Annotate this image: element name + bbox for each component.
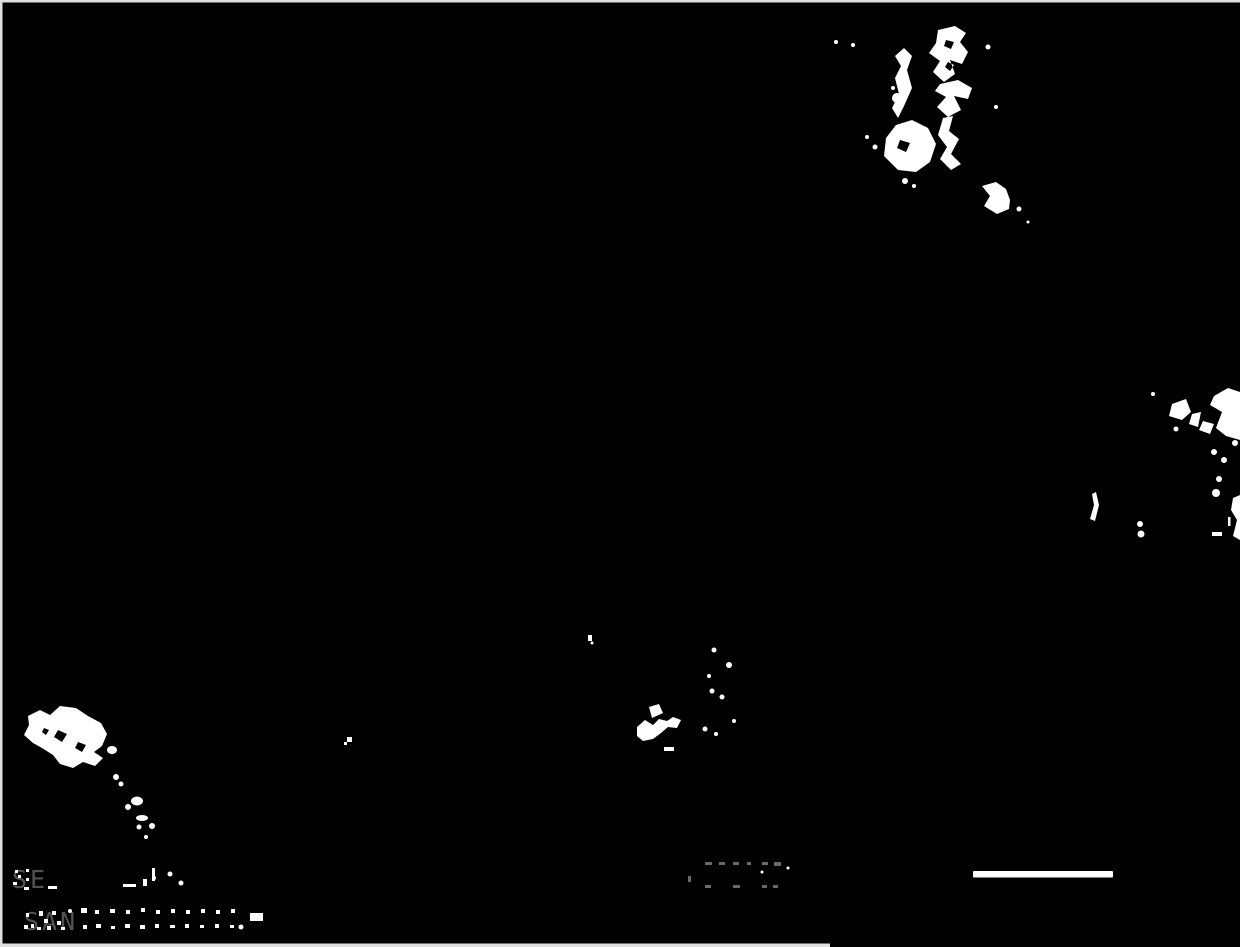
frame-top-edge: [0, 0, 1240, 3]
particle-speck: [347, 737, 352, 742]
particle-speck: [144, 835, 148, 839]
particle-speck: [1017, 207, 1022, 212]
particle-speck: [714, 732, 718, 736]
particle-speck: [1151, 392, 1155, 396]
particle-speck: [834, 40, 838, 44]
particle-speck: [344, 742, 347, 745]
scale-bar: [973, 871, 1113, 878]
particle-speck: [113, 774, 119, 780]
particle-speck: [994, 105, 998, 109]
particle-speck: [865, 135, 869, 139]
particle-speck: [1212, 489, 1220, 497]
particle-speck: [137, 825, 142, 830]
particle-speck: [149, 823, 155, 829]
frame-bottom-edge: [0, 944, 830, 947]
particle-speck: [902, 178, 908, 184]
particle-speck: [591, 642, 594, 645]
particle-speck: [891, 86, 895, 90]
particle-speck: [125, 804, 131, 810]
particle-speck: [1216, 476, 1222, 482]
particle-speck: [136, 815, 148, 821]
particle-speck: [712, 648, 717, 653]
particle-speck: [1212, 532, 1222, 536]
micrograph-background: [0, 0, 1240, 947]
particle-speck: [1174, 427, 1179, 432]
micrograph-canvas: SE SAN: [0, 0, 1240, 947]
particle-speck: [1137, 521, 1143, 527]
particle-speck: [1027, 221, 1030, 224]
particle-speck: [1211, 449, 1217, 455]
particle-speck: [732, 719, 736, 723]
frame-left-edge: [0, 0, 3, 947]
info-line1-fragment: SE: [12, 865, 48, 894]
particle-speck: [107, 746, 117, 754]
particle-speck: [588, 635, 592, 641]
particle-speck: [664, 747, 674, 751]
particle-speck: [119, 782, 124, 787]
sem-micrograph-figure: SE SAN: [0, 0, 1240, 947]
particle-speck: [1221, 457, 1227, 463]
particle-speck: [1232, 440, 1238, 446]
particle-speck: [703, 727, 708, 732]
particle-speck: [726, 662, 732, 668]
particle-speck: [1228, 517, 1231, 526]
particle-speck: [851, 43, 855, 47]
particle-speck: [710, 689, 715, 694]
particle-speck: [986, 45, 991, 50]
particle-speck: [720, 695, 725, 700]
particle-speck: [912, 184, 916, 188]
particle-speck: [131, 797, 143, 806]
particle-speck: [707, 674, 711, 678]
particle-speck: [873, 145, 878, 150]
particle-speck: [1138, 531, 1145, 538]
particle-speck: [892, 93, 902, 103]
